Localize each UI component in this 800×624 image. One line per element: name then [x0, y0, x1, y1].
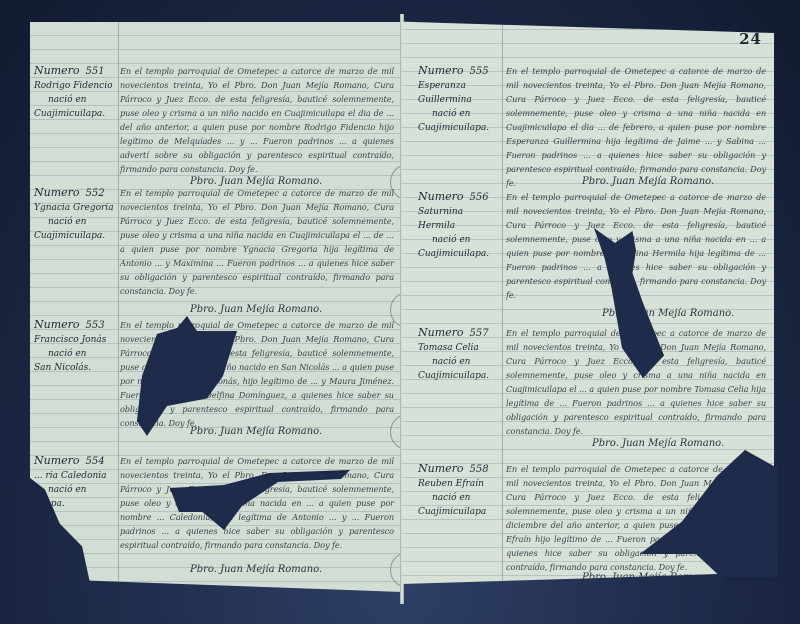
entry-place: Cuajimicuilapa. — [34, 229, 114, 243]
priest-signature: Pbro. Juan Mejía Romano. — [582, 176, 714, 187]
signature-text: Pbro. Juan Mejía Romano. — [190, 564, 322, 575]
entry-number: 557 — [470, 328, 489, 339]
entry-number: 551 — [86, 66, 105, 77]
entry-born: nació en — [418, 355, 498, 369]
entry-label: Numero — [418, 326, 464, 339]
entry-place: Cuajimicuilapa. — [34, 107, 114, 121]
entry-number: 552 — [86, 188, 105, 199]
entry-place: Cuajimicuilapa. — [418, 247, 498, 261]
entry-name: Esperanza Guillermina — [418, 79, 498, 107]
entry-margin-note: Numero557 Tomasa Celia nació en Cuajimic… — [418, 326, 498, 383]
entry-name: Francisco Jonás — [34, 333, 114, 347]
entry-number: 553 — [86, 320, 105, 331]
priest-signature: Pbro. Juan Mejía Romano. — [190, 564, 322, 575]
signature-text: Pbro. Juan Mejía Romano. — [190, 426, 322, 437]
entry-margin-note: Numero552 Ygnacia Gregoria nació en Cuaj… — [34, 186, 114, 243]
entry-name: Tomasa Celia — [418, 341, 498, 355]
entry-label: Numero — [418, 462, 464, 475]
entry-body-text: En el templo parroquial de Ometepec a ca… — [506, 64, 766, 190]
entry-born: nació en — [34, 347, 114, 361]
entry-place: San Nicolás. — [34, 361, 114, 375]
signature-text: Pbro. Juan Mejía Romano. — [592, 438, 724, 449]
entry-label: Numero — [34, 186, 80, 199]
entry-label: Numero — [34, 318, 80, 331]
entry-number: 555 — [470, 66, 489, 77]
entry-label: Numero — [418, 64, 464, 77]
entry-number: 558 — [470, 464, 489, 475]
signature-text: Pbro. Juan Mejía Romano. — [190, 304, 322, 315]
entry-place: Cuajimicuilapa — [418, 505, 498, 519]
entry-number: 556 — [470, 192, 489, 203]
entry-born: nació en — [418, 491, 498, 505]
entry-margin-note: Numero555 Esperanza Guillermina nació en… — [418, 64, 498, 135]
priest-signature: Pbro. Juan Mejía Romano. — [190, 426, 322, 437]
entry-name: Reuben Efraín — [418, 477, 498, 491]
priest-signature: Pbro. Juan Mejía Romano. — [592, 438, 724, 449]
entry-name: Saturnina Hermila — [418, 205, 498, 233]
entry-label: Numero — [34, 454, 80, 467]
page-number: 24 — [739, 30, 762, 48]
entry-body-text: En el templo parroquial de Ometepec a ca… — [120, 64, 394, 176]
margin-rule — [502, 16, 503, 584]
entry-place: Cuajimicuilapa. — [418, 121, 498, 135]
entry-born: nació en — [418, 233, 498, 247]
margin-rule — [118, 22, 119, 592]
entry-margin-note: Numero558 Reuben Efraín nació en Cuajimi… — [418, 462, 498, 519]
entry-label: Numero — [34, 64, 80, 77]
entry-number: 554 — [86, 456, 105, 467]
signature-text: Pbro. Juan Mejía Romano. — [582, 176, 714, 187]
entry-name: ... ria Caledonia — [34, 469, 114, 483]
entry-place: Cuajimicuilapa. — [418, 369, 498, 383]
entry-body-text: En el templo parroquial de Ometepec a ca… — [120, 186, 394, 298]
entry-name: Ygnacia Gregoria — [34, 201, 114, 215]
entry-margin-note: Numero553 Francisco Jonás nació en San N… — [34, 318, 114, 375]
entry-margin-note: Numero556 Saturnina Hermila nació en Cua… — [418, 190, 498, 261]
entry-margin-note: Numero551 Rodrigo Fidencio nació en Cuaj… — [34, 64, 114, 121]
entry-born: nació en — [418, 107, 498, 121]
entry-born: nació en — [34, 93, 114, 107]
entry-label: Numero — [418, 190, 464, 203]
entry-name: Rodrigo Fidencio — [34, 79, 114, 93]
entry-born: nació en — [34, 215, 114, 229]
priest-signature: Pbro. Juan Mejía Romano. — [190, 304, 322, 315]
entry-body-text: En el templo parroquial de Ometepec a ca… — [120, 454, 394, 552]
